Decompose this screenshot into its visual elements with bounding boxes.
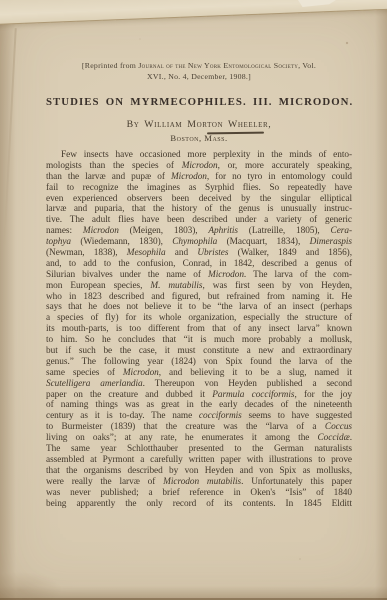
paper-crease-line: [3, 28, 17, 248]
reprint-notice: [Reprinted from Journal of the New York …: [46, 60, 352, 82]
body-line: than the larvæ and pupæ of Microdon, for…: [46, 172, 352, 183]
byline-location: Boston, Mass.: [46, 133, 352, 143]
body-line: (Newman, 1838), Mesophila and Ubristes (…: [46, 248, 352, 259]
body-line: was never published; a brief reference i…: [46, 488, 352, 499]
body-text: Few insects have occasioned more perplex…: [46, 150, 352, 509]
body-line: of naming things was as great in the ear…: [46, 400, 352, 411]
body-line: tophya (Wiedemann, 1830), Chymophila (Ma…: [46, 237, 352, 248]
body-line: says that he does not believe it to be “…: [46, 302, 352, 313]
reprint-notice-line1: [Reprinted from Journal of the New York …: [46, 60, 352, 71]
scanned-page: [Reprinted from Journal of the New York …: [0, 0, 387, 600]
body-line: Few insects have occasioned more perplex…: [46, 150, 352, 161]
body-line: tive. The adult flies have been describe…: [46, 215, 352, 226]
body-line: to Burmeister (1839) that the creature w…: [46, 422, 352, 433]
body-line: but if such be the case, it must constit…: [46, 346, 352, 357]
body-line: and, to add to the confusion, Conrad, in…: [46, 259, 352, 270]
byline-author: By William Morton Wheeler,: [46, 119, 352, 130]
body-line: to him. So he concludes that “it is much…: [46, 335, 352, 346]
page-content: [Reprinted from Journal of the New York …: [46, 60, 352, 509]
article-title: STUDIES ON MYRMECOPHILES. III. MICRODON.: [46, 96, 352, 108]
body-line: even experienced observers been deceived…: [46, 194, 352, 205]
body-line: who in 1823 described and figured, but r…: [46, 292, 352, 303]
body-line: fail to recognize the imagines as Syrphi…: [46, 183, 352, 194]
body-line: being apparently the only record of its …: [46, 499, 352, 510]
reprint-notice-line2: XVI., No. 4, December, 1908.]: [46, 71, 352, 82]
body-line: mon European species, M. mutabilis, was …: [46, 281, 352, 292]
body-line: a species of fly) for its whole organiza…: [46, 313, 352, 324]
body-line: paper on the creature and dubbed it Parm…: [46, 390, 352, 401]
body-line: The same year Schlotthauber presented to…: [46, 444, 352, 455]
body-line: Silurian bivalves under the name of Micr…: [46, 270, 352, 281]
body-line: larvæ and puparia, that the history of t…: [46, 204, 352, 215]
body-line: mologists than the species of Microdon, …: [46, 161, 352, 172]
body-line: that the organisms described by von Heyd…: [46, 466, 352, 477]
body-line: same species of Microdon, and believing …: [46, 368, 352, 379]
body-line: were really the larvæ of Microdon mutabi…: [46, 477, 352, 488]
body-line: Scutelligera amerlandia. Thereupon von H…: [46, 379, 352, 390]
body-line: names: Microdon (Meigen, 1803), Aphritis…: [46, 226, 352, 237]
body-line: living on oaks”; at any rate, he enumera…: [46, 433, 352, 444]
body-line: genus.” The following year (1824) von Sp…: [46, 357, 352, 368]
body-line: assembled at Pyrmont a carefully written…: [46, 455, 352, 466]
body-line: its mouth-parts, is too different from t…: [46, 324, 352, 335]
body-line: century as it is to-day. The name coccif…: [46, 411, 352, 422]
